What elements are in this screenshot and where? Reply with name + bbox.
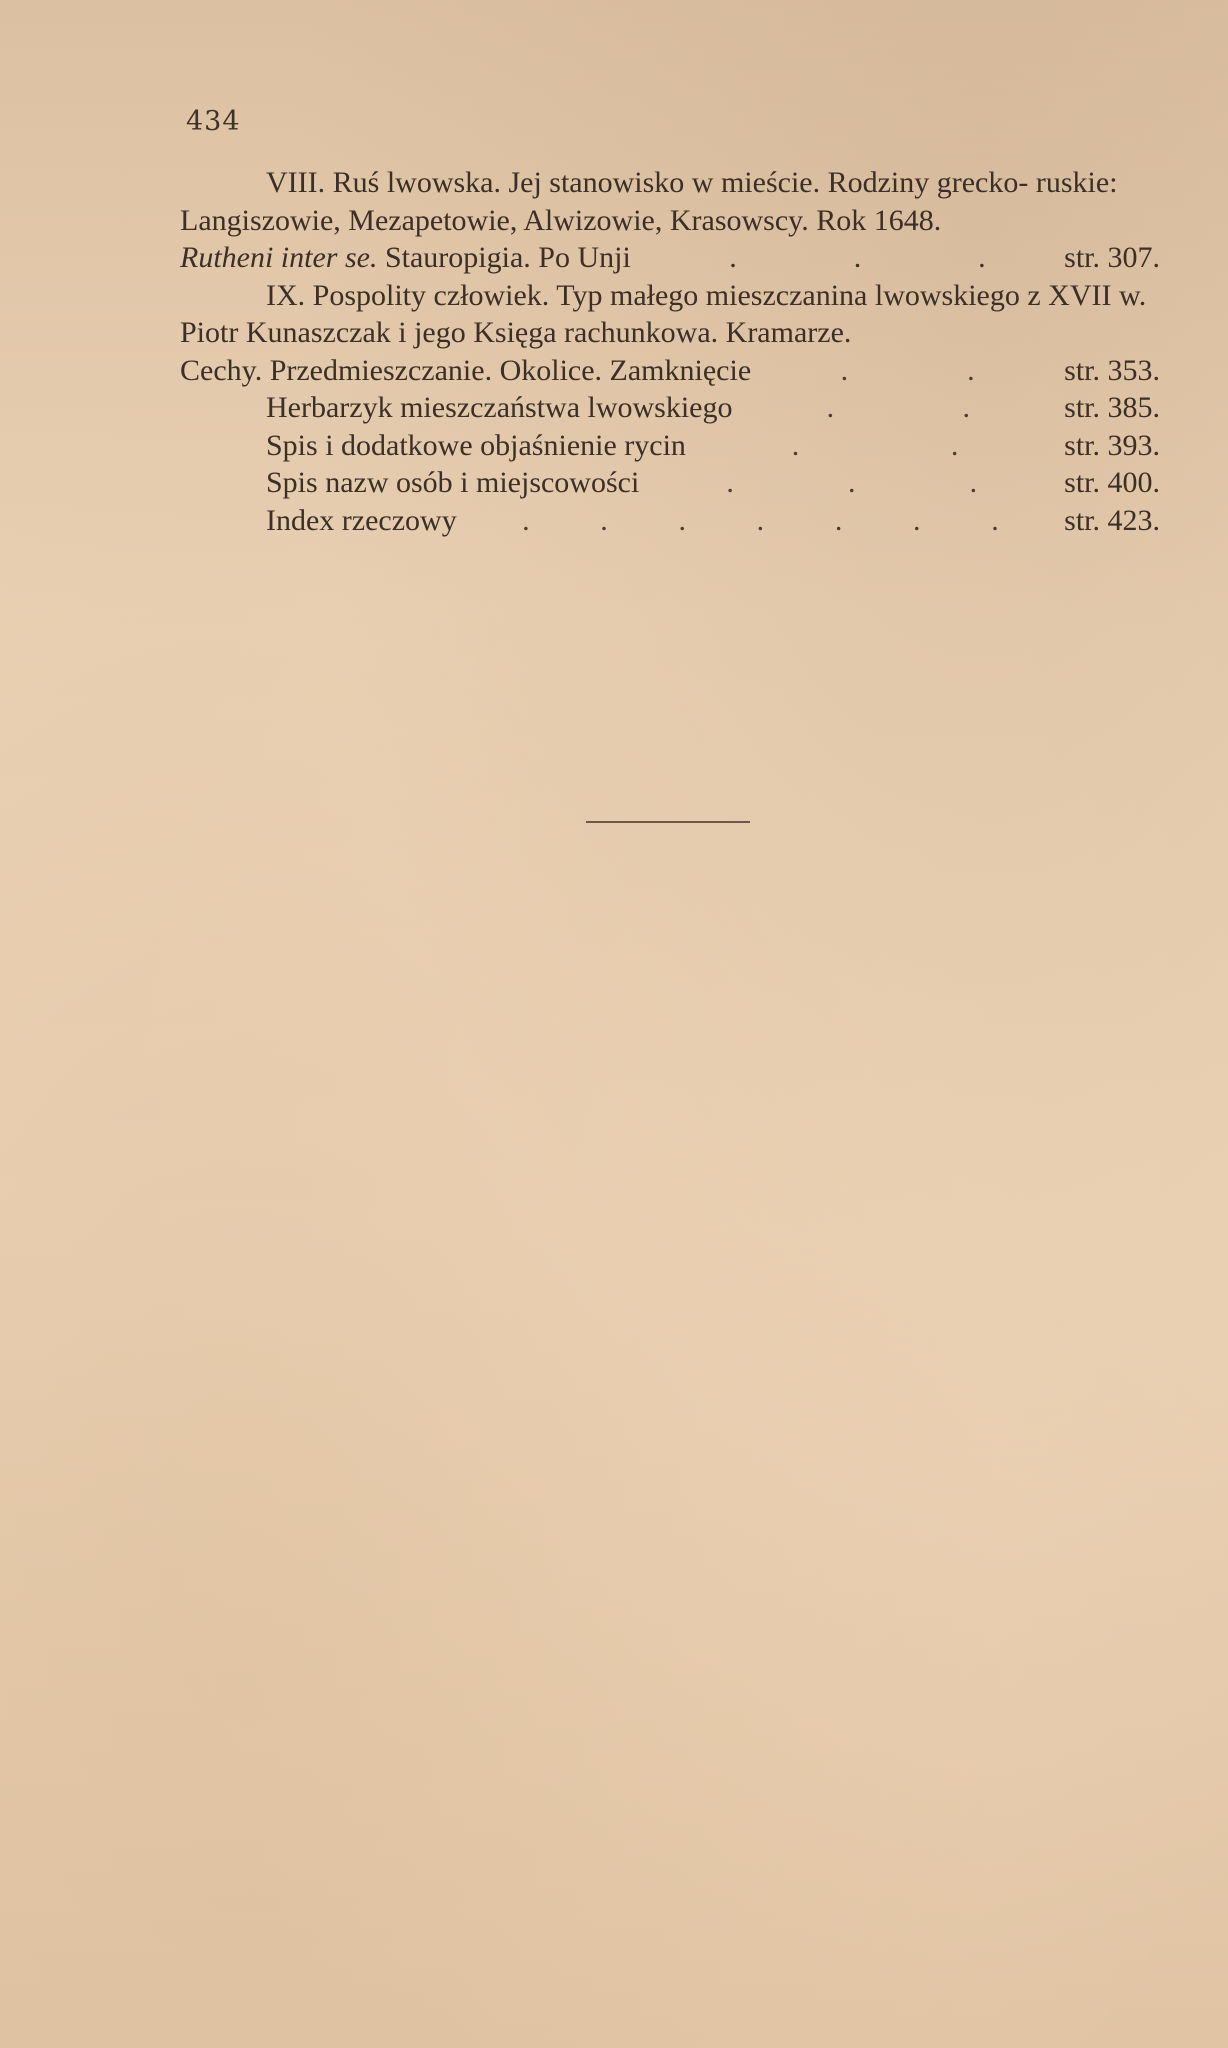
table-of-contents: VIII. Ruś lwowska. Jej stanowisko w mieś… xyxy=(180,164,1160,539)
chapter-viii-italic-phrase: Rutheni inter se. xyxy=(180,239,377,277)
chapter-ix-line-3-text: Cechy. Przedmieszczanie. Okolice. Zamkni… xyxy=(180,352,751,390)
entry-title: Spis nazw osób i miejscowości xyxy=(266,464,639,502)
toc-entry-spis-nazw: Spis nazw osób i miejscowości ... str. 4… xyxy=(180,464,1160,502)
chapter-viii-line-1: VIII. Ruś lwowska. Jej stanowisko w mieś… xyxy=(180,166,1028,199)
chapter-ix-line-3: Cechy. Przedmieszczanie. Okolice. Zamkni… xyxy=(180,352,1160,390)
dot-leader: .. xyxy=(686,427,1064,465)
dot-leader: .. xyxy=(751,352,1064,390)
toc-chapter-ix: IX. Pospolity człowiek. Typ małego miesz… xyxy=(180,277,1160,390)
entry-title: Spis i dodatkowe objaśnienie rycin xyxy=(266,427,686,465)
entry-page: str. 393. xyxy=(1064,427,1160,465)
dot-leader: ....... xyxy=(457,502,1064,540)
dot-leader: ... xyxy=(639,464,1064,502)
entry-page: str. 400. xyxy=(1064,464,1160,502)
entry-title: Index rzeczowy xyxy=(266,502,457,540)
dot-leader: .. xyxy=(733,389,1065,427)
dot-leader: ... xyxy=(631,239,1064,277)
chapter-viii-line-3-text: Stauropigia. Po Unji xyxy=(385,239,631,277)
toc-entry-herbarzyk: Herbarzyk mieszczaństwa lwowskiego .. st… xyxy=(180,389,1160,427)
toc-chapter-viii: VIII. Ruś lwowska. Jej stanowisko w mieś… xyxy=(180,164,1160,277)
entry-page: str. 385. xyxy=(1064,389,1160,427)
toc-entry-index: Index rzeczowy ....... str. 423. xyxy=(180,502,1160,540)
chapter-ix-page: str. 353. xyxy=(1064,352,1160,390)
chapter-viii-page: str. 307. xyxy=(1064,239,1160,277)
entry-title: Herbarzyk mieszczaństwa lwowskiego xyxy=(266,389,733,427)
end-rule-divider xyxy=(586,821,750,823)
page-number: 434 xyxy=(186,106,241,137)
entry-page: str. 423. xyxy=(1064,502,1160,540)
toc-entry-spis-rycin: Spis i dodatkowe objaśnienie rycin .. st… xyxy=(180,427,1160,465)
chapter-ix-line-1: IX. Pospolity człowiek. Typ małego miesz… xyxy=(180,279,1020,312)
chapter-viii-line-3: Rutheni inter se. Stauropigia. Po Unji .… xyxy=(180,239,1160,277)
